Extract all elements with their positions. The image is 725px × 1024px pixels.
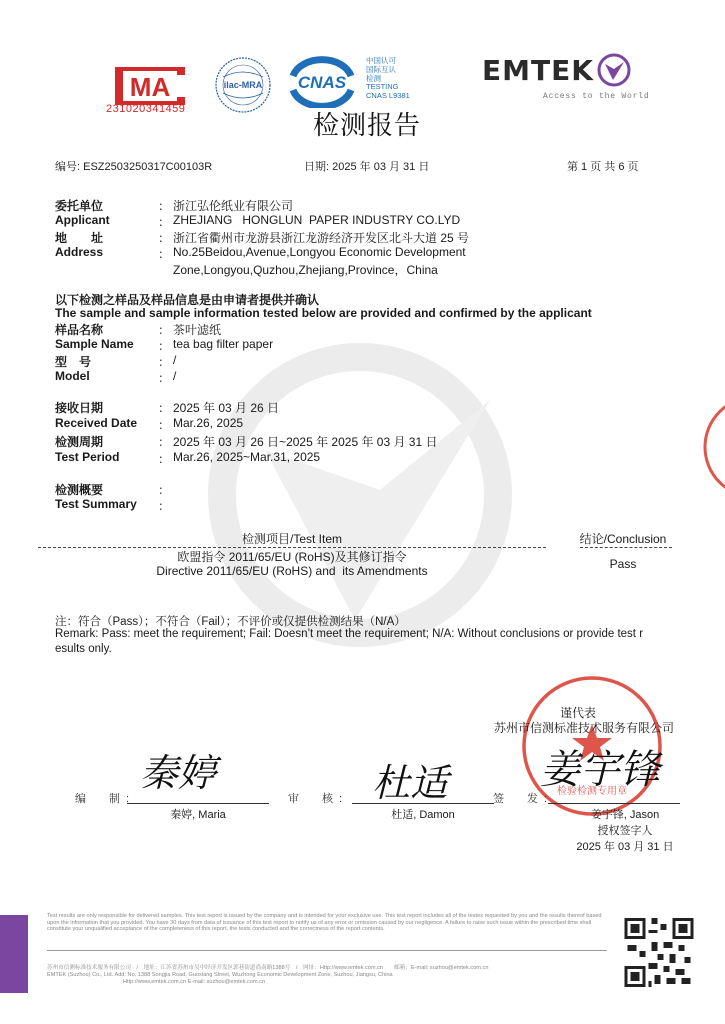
test-item-en: Directive 2011/65/EU (RoHS) and its Amen…: [38, 564, 546, 578]
applicant-value-en: ZHEJIANG HONGLUN PAPER INDUSTRY CO.LYD: [173, 213, 460, 227]
reviewed-label: 审 核:: [288, 790, 348, 806]
page-number: 第 1 页 共 6 页: [567, 158, 639, 174]
model-label-en: Model: [55, 369, 90, 383]
test-item-cn: 欧盟指令 2011/65/EU (RoHS)及其修订指令: [38, 548, 546, 565]
side-seal-stamp: [700, 392, 725, 502]
remark-cn: 注：符合（Pass）；不符合（Fail）；不评价或仅提供检测结果（N/A）: [55, 613, 406, 629]
report-number: 编号: ESZ2503250317C00103R: [55, 158, 212, 174]
address-label-en: Address: [55, 245, 103, 259]
sample-name-cn: 茶叶滤纸: [173, 321, 221, 338]
model-label-cn: 型 号: [55, 353, 91, 370]
svg-text:MA: MA: [130, 72, 171, 102]
brand-tagline: Access to the World: [543, 92, 649, 101]
issued-name: 姜宇锋, Jason: [560, 806, 690, 822]
header-divider-conclusion: [580, 547, 672, 548]
footer-divider: [47, 950, 607, 951]
sample-name-en: tea bag filter paper: [173, 337, 273, 351]
period-label-en: Test Period: [55, 450, 119, 464]
company-name: 苏州市信测标准技术服务有限公司: [494, 719, 674, 736]
address-value-en-line2: Zone,Longyou,Quzhou,Zhejiang,Province，Ch…: [173, 261, 438, 278]
footer-web: Http://www.emtek.com.cn E-mail: suzhou@e…: [123, 979, 265, 986]
emtek-check-icon: [596, 52, 632, 88]
issued-signature: 姜宇锋: [540, 738, 660, 795]
prepared-signature-line: [127, 803, 269, 804]
qr-code-icon[interactable]: [620, 915, 698, 990]
issued-date: 2025 年 03 月 31 日: [560, 838, 690, 854]
sample-name-label-en: Sample Name: [55, 337, 134, 351]
received-label-en: Received Date: [55, 416, 137, 430]
period-label-cn: 检测周期: [55, 433, 103, 450]
brand-name: EMTEK: [482, 54, 594, 87]
sample-intro-en: The sample and sample information tested…: [55, 306, 592, 320]
report-date: 日期: 2025 年 03 月 31 日: [304, 158, 429, 174]
remark-en-line2: esults only.: [55, 643, 112, 655]
document-title: 检测报告: [313, 105, 421, 142]
reviewed-name: 杜适, Damon: [352, 806, 494, 822]
col-header-test-item: 检测项目/Test Item: [38, 530, 546, 547]
issued-signature-line: [548, 803, 680, 804]
address-value-cn: 浙江省衢州市龙游县浙江龙游经济开发区北斗大道 25 号: [173, 229, 469, 246]
footer-address-cn: 苏州市信测标准技术服务有限公司 / 地址：江苏省苏州市吴中经济开发区郭巷街道尚南…: [47, 965, 488, 972]
cnas-logo: CNAS: [287, 56, 357, 108]
model-en: /: [173, 369, 176, 383]
applicant-label-en: Applicant: [55, 213, 110, 227]
prepared-name: 秦婷, Maria: [127, 806, 269, 822]
svg-text:CNAS: CNAS: [298, 73, 347, 92]
col-header-conclusion: 结论/Conclusion: [568, 530, 678, 547]
svg-text:ilac-MRA: ilac-MRA: [224, 80, 263, 90]
model-cn: /: [173, 353, 176, 367]
test-period-cn: 2025 年 03 月 26 日~2025 年 2025 年 03 月 31 日: [173, 433, 438, 450]
received-date-cn: 2025 年 03 月 26 日: [173, 399, 279, 416]
remark-en-line1: Remark: Pass: meet the requirement; Fail…: [55, 628, 643, 640]
received-date-en: Mar.26, 2025: [173, 416, 243, 430]
watermark-logo: [205, 340, 515, 650]
address-value-en-line1: No.25Beidou,Avenue,Longyou Economic Deve…: [173, 245, 466, 259]
cma-number: 231020341459: [106, 103, 185, 115]
footer-address-en: EMTEK (Suzhou) Co., Ltd. Add: No. 1388 S…: [47, 972, 393, 979]
reviewed-signature-line: [352, 803, 494, 804]
applicant-value-cn: 浙江弘伦纸业有限公司: [173, 197, 293, 214]
ilac-mra-logo: ilac-MRA: [213, 55, 273, 115]
prepared-signature: 秦婷: [140, 742, 216, 797]
brand-color-bar: [0, 915, 28, 993]
test-period-en: Mar.26, 2025~Mar.31, 2025: [173, 450, 320, 464]
applicant-label-cn: 委托单位: [55, 197, 103, 214]
sample-name-label-cn: 样品名称: [55, 321, 103, 338]
issued-title: 授权签字人: [560, 822, 690, 838]
summary-label-en: Test Summary: [55, 497, 137, 511]
reviewed-signature: 杜适: [372, 752, 448, 807]
emtek-logo: EMTEK: [482, 52, 632, 88]
received-label-cn: 接收日期: [55, 399, 103, 416]
address-label-cn: 地 址: [55, 229, 103, 246]
conclusion-value: Pass: [568, 557, 678, 571]
cnas-accreditation-text: 中国认可 国际互认 检测 TESTING CNAS L9381: [366, 57, 410, 101]
summary-label-cn: 检测概要: [55, 481, 103, 498]
footer-disclaimer: Test results are only responsible for de…: [47, 913, 607, 933]
